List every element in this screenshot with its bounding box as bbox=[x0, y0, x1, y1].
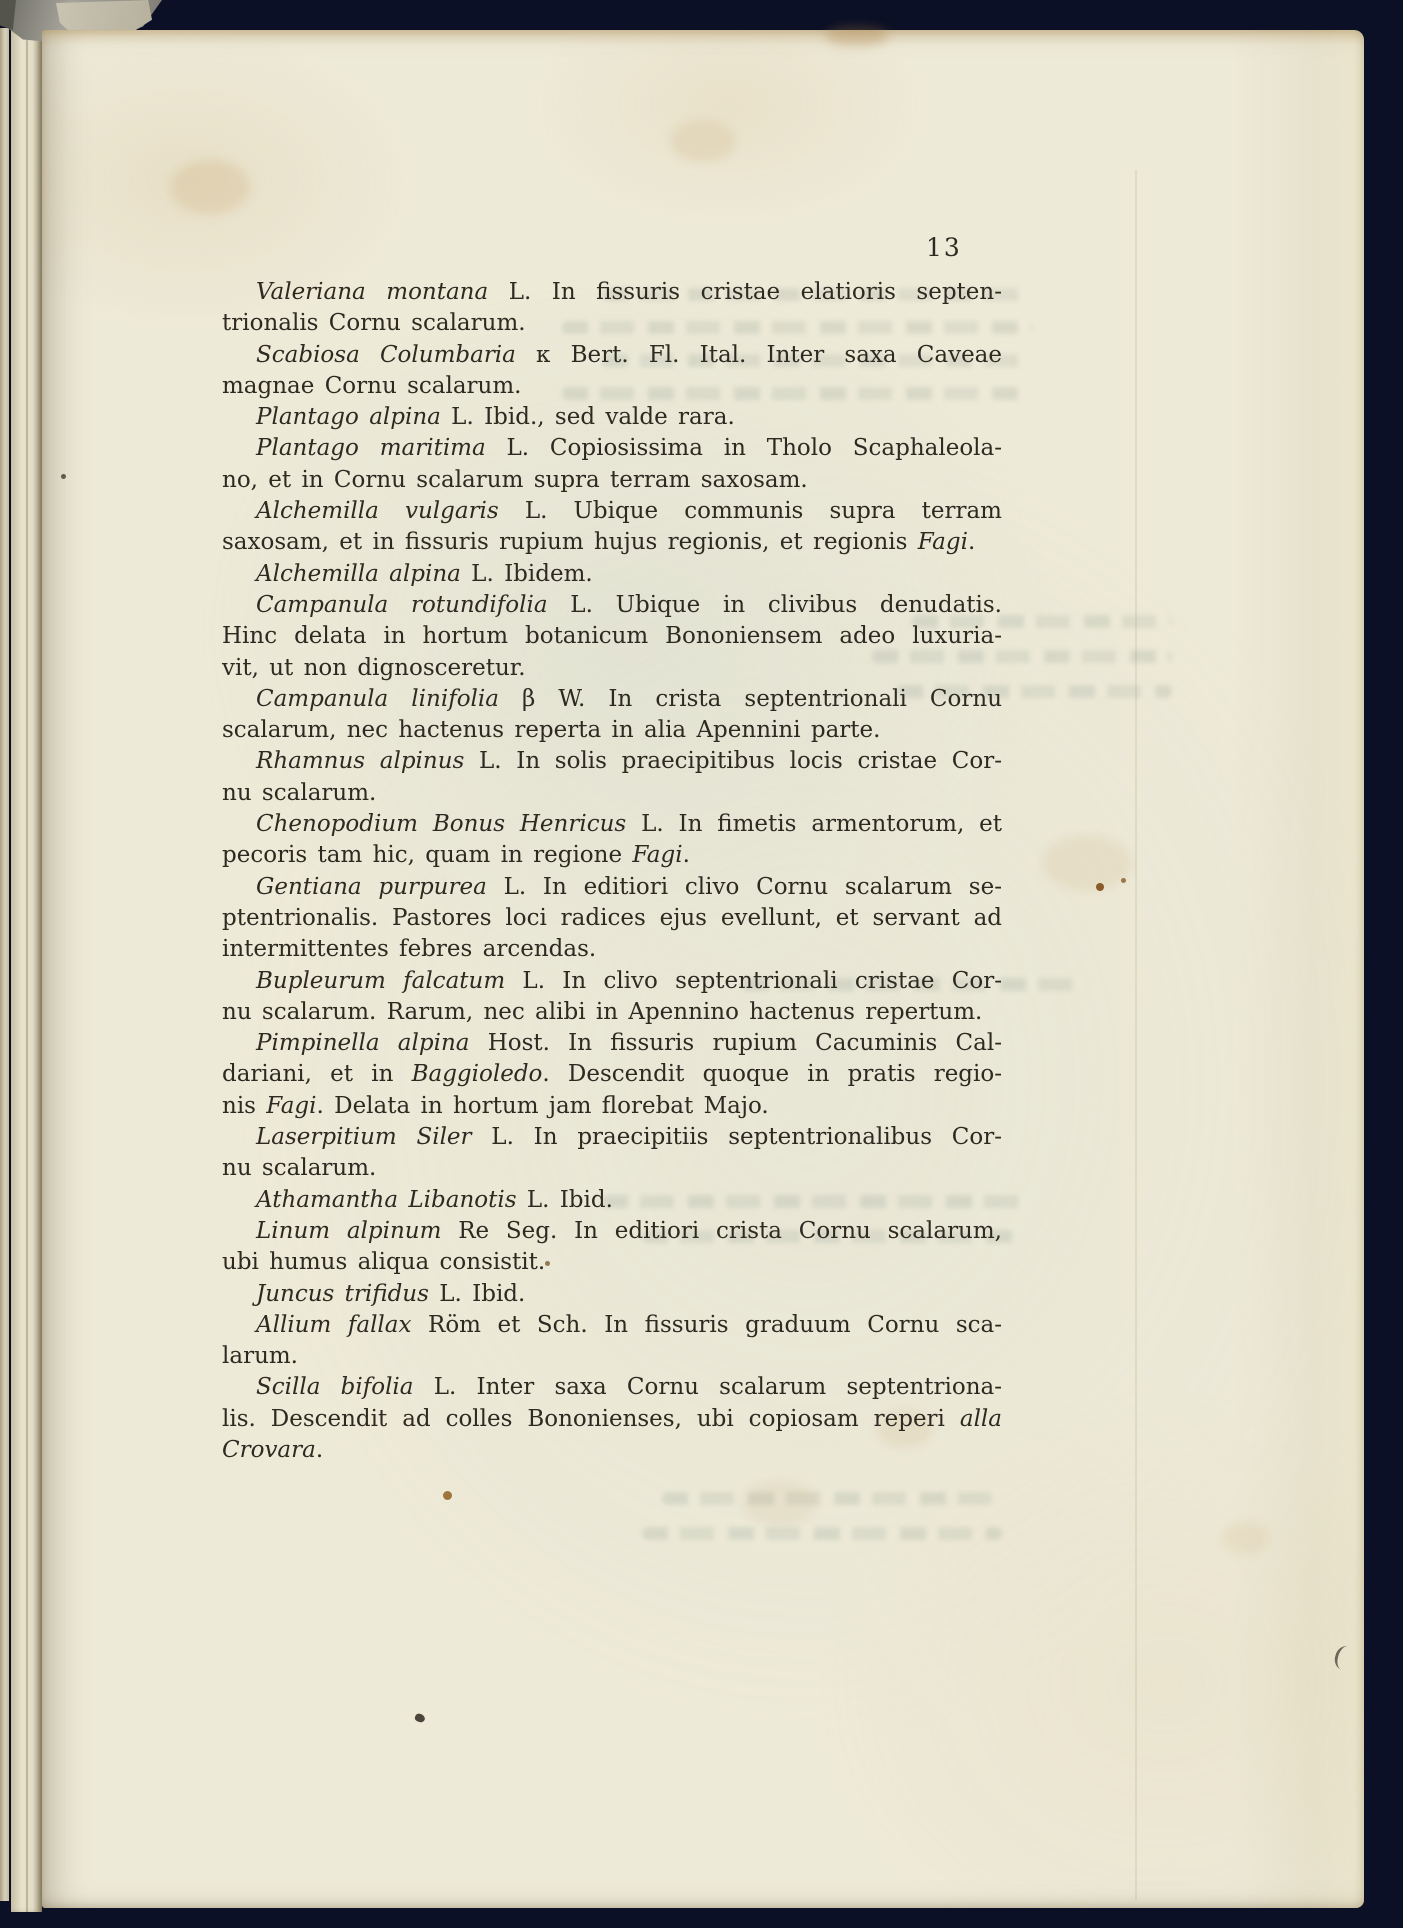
text-line: Crovara. bbox=[222, 1435, 1002, 1466]
fore-edge-line bbox=[1135, 170, 1137, 1900]
species-name-italic: Campanula linifolia bbox=[256, 686, 499, 712]
stain bbox=[443, 1491, 452, 1500]
book-binding-edge bbox=[0, 20, 44, 1912]
species-name-italic: Gentiana purpurea bbox=[256, 874, 487, 900]
text-line: Juncus trifidus L. Ibid. bbox=[222, 1279, 1002, 1310]
stain bbox=[1121, 878, 1126, 883]
text-segment: nu scalarum. bbox=[222, 780, 376, 806]
text-segment: L. In fissuris cristae elatioris septen- bbox=[488, 279, 1002, 305]
text-segment: L. In fimetis armentorum, et bbox=[626, 811, 1002, 837]
species-name-italic: Baggioledo bbox=[412, 1061, 543, 1087]
species-name-italic: Alchemilla alpina bbox=[256, 561, 461, 587]
text-segment: L. Ubique in clivibus denudatis. bbox=[548, 592, 1002, 618]
text-segment: trionalis Cornu scalarum. bbox=[222, 310, 526, 336]
text-line: ptentrionalis. Pastores loci radices eju… bbox=[222, 903, 1002, 934]
text-line: scalarum, nec hactenus reperta in alia A… bbox=[222, 715, 1002, 746]
text-line: Alchemilla alpina L. Ibidem. bbox=[222, 559, 1002, 590]
text-line: nu scalarum. bbox=[222, 1153, 1002, 1184]
species-name-italic: alla bbox=[960, 1406, 1002, 1432]
scanner-background: { "page": { "number": "13" }, "colors": … bbox=[0, 0, 1403, 1928]
species-name-italic: Athamantha Libanotis bbox=[256, 1187, 517, 1213]
text-line: pecoris tam hic, quam in regione Fagi. bbox=[222, 840, 1002, 871]
text-segment: vit, ut non dignosceretur. bbox=[222, 655, 526, 681]
text-line: larum. bbox=[222, 1341, 1002, 1372]
species-name-italic: Bupleurum falcatum bbox=[256, 968, 505, 994]
text-segment: . bbox=[316, 1437, 323, 1463]
text-line: trionalis Cornu scalarum. bbox=[222, 308, 1002, 339]
text-segment: lis. Descendit ad colles Bononienses, ub… bbox=[222, 1406, 960, 1432]
text-line: Hinc delata in hortum botanicum Bononien… bbox=[222, 621, 1002, 652]
species-name-italic: Juncus trifidus bbox=[256, 1281, 429, 1307]
species-name-italic: Pimpinella alpina bbox=[256, 1030, 469, 1056]
text-segment: . Descendit quoque in pratis regio- bbox=[542, 1061, 1002, 1087]
text-segment: nis bbox=[222, 1093, 266, 1119]
text-line: Gentiana purpurea L. In editiori clivo C… bbox=[222, 872, 1002, 903]
pen-mark bbox=[1332, 1644, 1357, 1672]
text-line: Campanula rotundifolia L. Ubique in cliv… bbox=[222, 590, 1002, 621]
text-segment: L. Ibid., sed valde rara. bbox=[441, 404, 735, 430]
text-line: Alchemilla vulgaris L. Ubique communis s… bbox=[222, 496, 1002, 527]
text-line: Scilla bifolia L. Inter saxa Cornu scala… bbox=[222, 1372, 1002, 1403]
text-segment: L. Ibid. bbox=[429, 1281, 525, 1307]
text-line: Chenopodium Bonus Henricus L. In fimetis… bbox=[222, 809, 1002, 840]
species-name-italic: Laserpitium Siler bbox=[256, 1124, 472, 1150]
text-line: lis. Descendit ad colles Bononienses, ub… bbox=[222, 1404, 1002, 1435]
text-segment: Re Seg. In editiori crista Cornu scalaru… bbox=[441, 1218, 1002, 1244]
text-segment: L. Inter saxa Cornu scalarum septentrion… bbox=[414, 1374, 1003, 1400]
text-line: Campanula linifolia β W. In crista septe… bbox=[222, 684, 1002, 715]
species-name-italic: Plantago maritima bbox=[256, 435, 486, 461]
species-name-italic: Rhamnus alpinus bbox=[256, 748, 464, 774]
text-segment: L. Ibidem. bbox=[461, 561, 593, 587]
text-segment: L. Ubique communis supra terram bbox=[499, 498, 1002, 524]
text-segment: L. Ibid. bbox=[517, 1187, 613, 1213]
text-segment: Röm et Sch. In fissuris graduum Cornu sc… bbox=[411, 1312, 1002, 1338]
text-line: magnae Cornu scalarum. bbox=[222, 371, 1002, 402]
text-segment: magnae Cornu scalarum. bbox=[222, 373, 521, 399]
text-line: Athamantha Libanotis L. Ibid. bbox=[222, 1185, 1002, 1216]
text-segment: L. In solis praecipitibus locis cristae … bbox=[464, 748, 1002, 774]
text-line: dariani, et in Baggioledo. Descendit quo… bbox=[222, 1059, 1002, 1090]
text-line: nu scalarum. bbox=[222, 778, 1002, 809]
text-segment: β W. In crista septentrionali Cornu bbox=[499, 686, 1002, 712]
show-through bbox=[642, 1527, 1002, 1540]
text-block: Valeriana montana L. In fissuris cristae… bbox=[222, 277, 1002, 1466]
text-line: Allium fallax Röm et Sch. In fissuris gr… bbox=[222, 1310, 1002, 1341]
page-number: 13 bbox=[926, 233, 962, 262]
stain bbox=[825, 26, 889, 46]
species-name-italic: Fagi bbox=[266, 1093, 316, 1119]
text-line: Bupleurum falcatum L. In clivo septentri… bbox=[222, 966, 1002, 997]
ink-speck bbox=[61, 474, 66, 479]
underlying-page-edge bbox=[0, 28, 9, 1901]
text-segment: nu scalarum. Rarum, nec alibi in Apennin… bbox=[222, 999, 982, 1025]
species-name-italic: Valeriana montana bbox=[256, 279, 488, 305]
text-segment: nu scalarum. bbox=[222, 1155, 376, 1181]
text-segment: . bbox=[683, 842, 690, 868]
species-name-italic: Plantago alpina bbox=[256, 404, 441, 430]
text-segment: dariani, et in bbox=[222, 1061, 412, 1087]
show-through bbox=[662, 1492, 992, 1505]
stain bbox=[170, 160, 250, 214]
text-line: Valeriana montana L. In fissuris cristae… bbox=[222, 277, 1002, 308]
species-name-italic: Fagi bbox=[632, 842, 682, 868]
species-name-italic: Linum alpinum bbox=[256, 1218, 441, 1244]
species-name-italic: Campanula rotundifolia bbox=[256, 592, 548, 618]
page-scan: 13 Valeriana montana L. In fissuris cris… bbox=[42, 30, 1364, 1908]
text-line: Scabiosa Columbaria κ Bert. Fl. Ital. In… bbox=[222, 340, 1002, 371]
species-name-italic: Scilla bifolia bbox=[256, 1374, 414, 1400]
text-segment: larum. bbox=[222, 1343, 298, 1369]
text-segment: ptentrionalis. Pastores loci radices eju… bbox=[222, 905, 1002, 931]
text-line: Pimpinella alpina Host. In fissuris rupi… bbox=[222, 1028, 1002, 1059]
text-segment: L. In editiori clivo Cornu scalarum se- bbox=[487, 874, 1002, 900]
text-line: vit, ut non dignosceretur. bbox=[222, 653, 1002, 684]
text-segment: . Delata in hortum jam florebat Majo. bbox=[317, 1093, 769, 1119]
text-segment: ubi humus aliqua consistit. bbox=[222, 1249, 545, 1275]
text-segment: intermittentes febres arcendas. bbox=[222, 936, 596, 962]
text-line: nu scalarum. Rarum, nec alibi in Apennin… bbox=[222, 997, 1002, 1028]
text-segment: saxosam, et in fissuris rupium hujus reg… bbox=[222, 529, 918, 555]
text-segment: Hinc delata in hortum botanicum Bononien… bbox=[222, 623, 1002, 649]
text-segment: L. In praecipitiis septentrionalibus Cor… bbox=[472, 1124, 1002, 1150]
text-line: saxosam, et in fissuris rupium hujus reg… bbox=[222, 527, 1002, 558]
text-segment: scalarum, nec hactenus reperta in alia A… bbox=[222, 717, 880, 743]
text-line: Plantago alpina L. Ibid., sed valde rara… bbox=[222, 402, 1002, 433]
text-line: Plantago maritima L. Copiosissima in Tho… bbox=[222, 433, 1002, 464]
text-segment: Host. In fissuris rupium Cacuminis Cal- bbox=[469, 1030, 1002, 1056]
binding-crease bbox=[26, 20, 28, 1912]
species-name-italic: Allium fallax bbox=[256, 1312, 411, 1338]
text-segment: no, et in Cornu scalarum supra terram sa… bbox=[222, 467, 808, 493]
text-line: Rhamnus alpinus L. In solis praecipitibu… bbox=[222, 746, 1002, 777]
ink-speck bbox=[414, 1713, 426, 1724]
text-segment: κ Bert. Fl. Ital. Inter saxa Caveae bbox=[516, 342, 1002, 368]
text-line: Linum alpinum Re Seg. In editiori crista… bbox=[222, 1216, 1002, 1247]
species-name-italic: Alchemilla vulgaris bbox=[256, 498, 499, 524]
species-name-italic: Scabiosa Columbaria bbox=[256, 342, 516, 368]
text-segment: . bbox=[968, 529, 975, 555]
species-name-italic: Crovara bbox=[222, 1437, 316, 1463]
text-line: Laserpitium Siler L. In praecipitiis sep… bbox=[222, 1122, 1002, 1153]
species-name-italic: Chenopodium Bonus Henricus bbox=[256, 811, 626, 837]
stain bbox=[1096, 883, 1104, 891]
text-segment: L. In clivo septentrionali cristae Cor- bbox=[505, 968, 1002, 994]
species-name-italic: Fagi bbox=[918, 529, 968, 555]
text-line: no, et in Cornu scalarum supra terram sa… bbox=[222, 465, 1002, 496]
stain bbox=[670, 120, 736, 162]
stain bbox=[1042, 835, 1132, 891]
text-line: intermittentes febres arcendas. bbox=[222, 934, 1002, 965]
text-line: ubi humus aliqua consistit. bbox=[222, 1247, 1002, 1278]
stain bbox=[1222, 1522, 1268, 1554]
text-segment: L. Copiosissima in Tholo Scaphaleola- bbox=[486, 435, 1002, 461]
text-line: nis Fagi. Delata in hortum jam florebat … bbox=[222, 1091, 1002, 1122]
text-segment: pecoris tam hic, quam in regione bbox=[222, 842, 632, 868]
